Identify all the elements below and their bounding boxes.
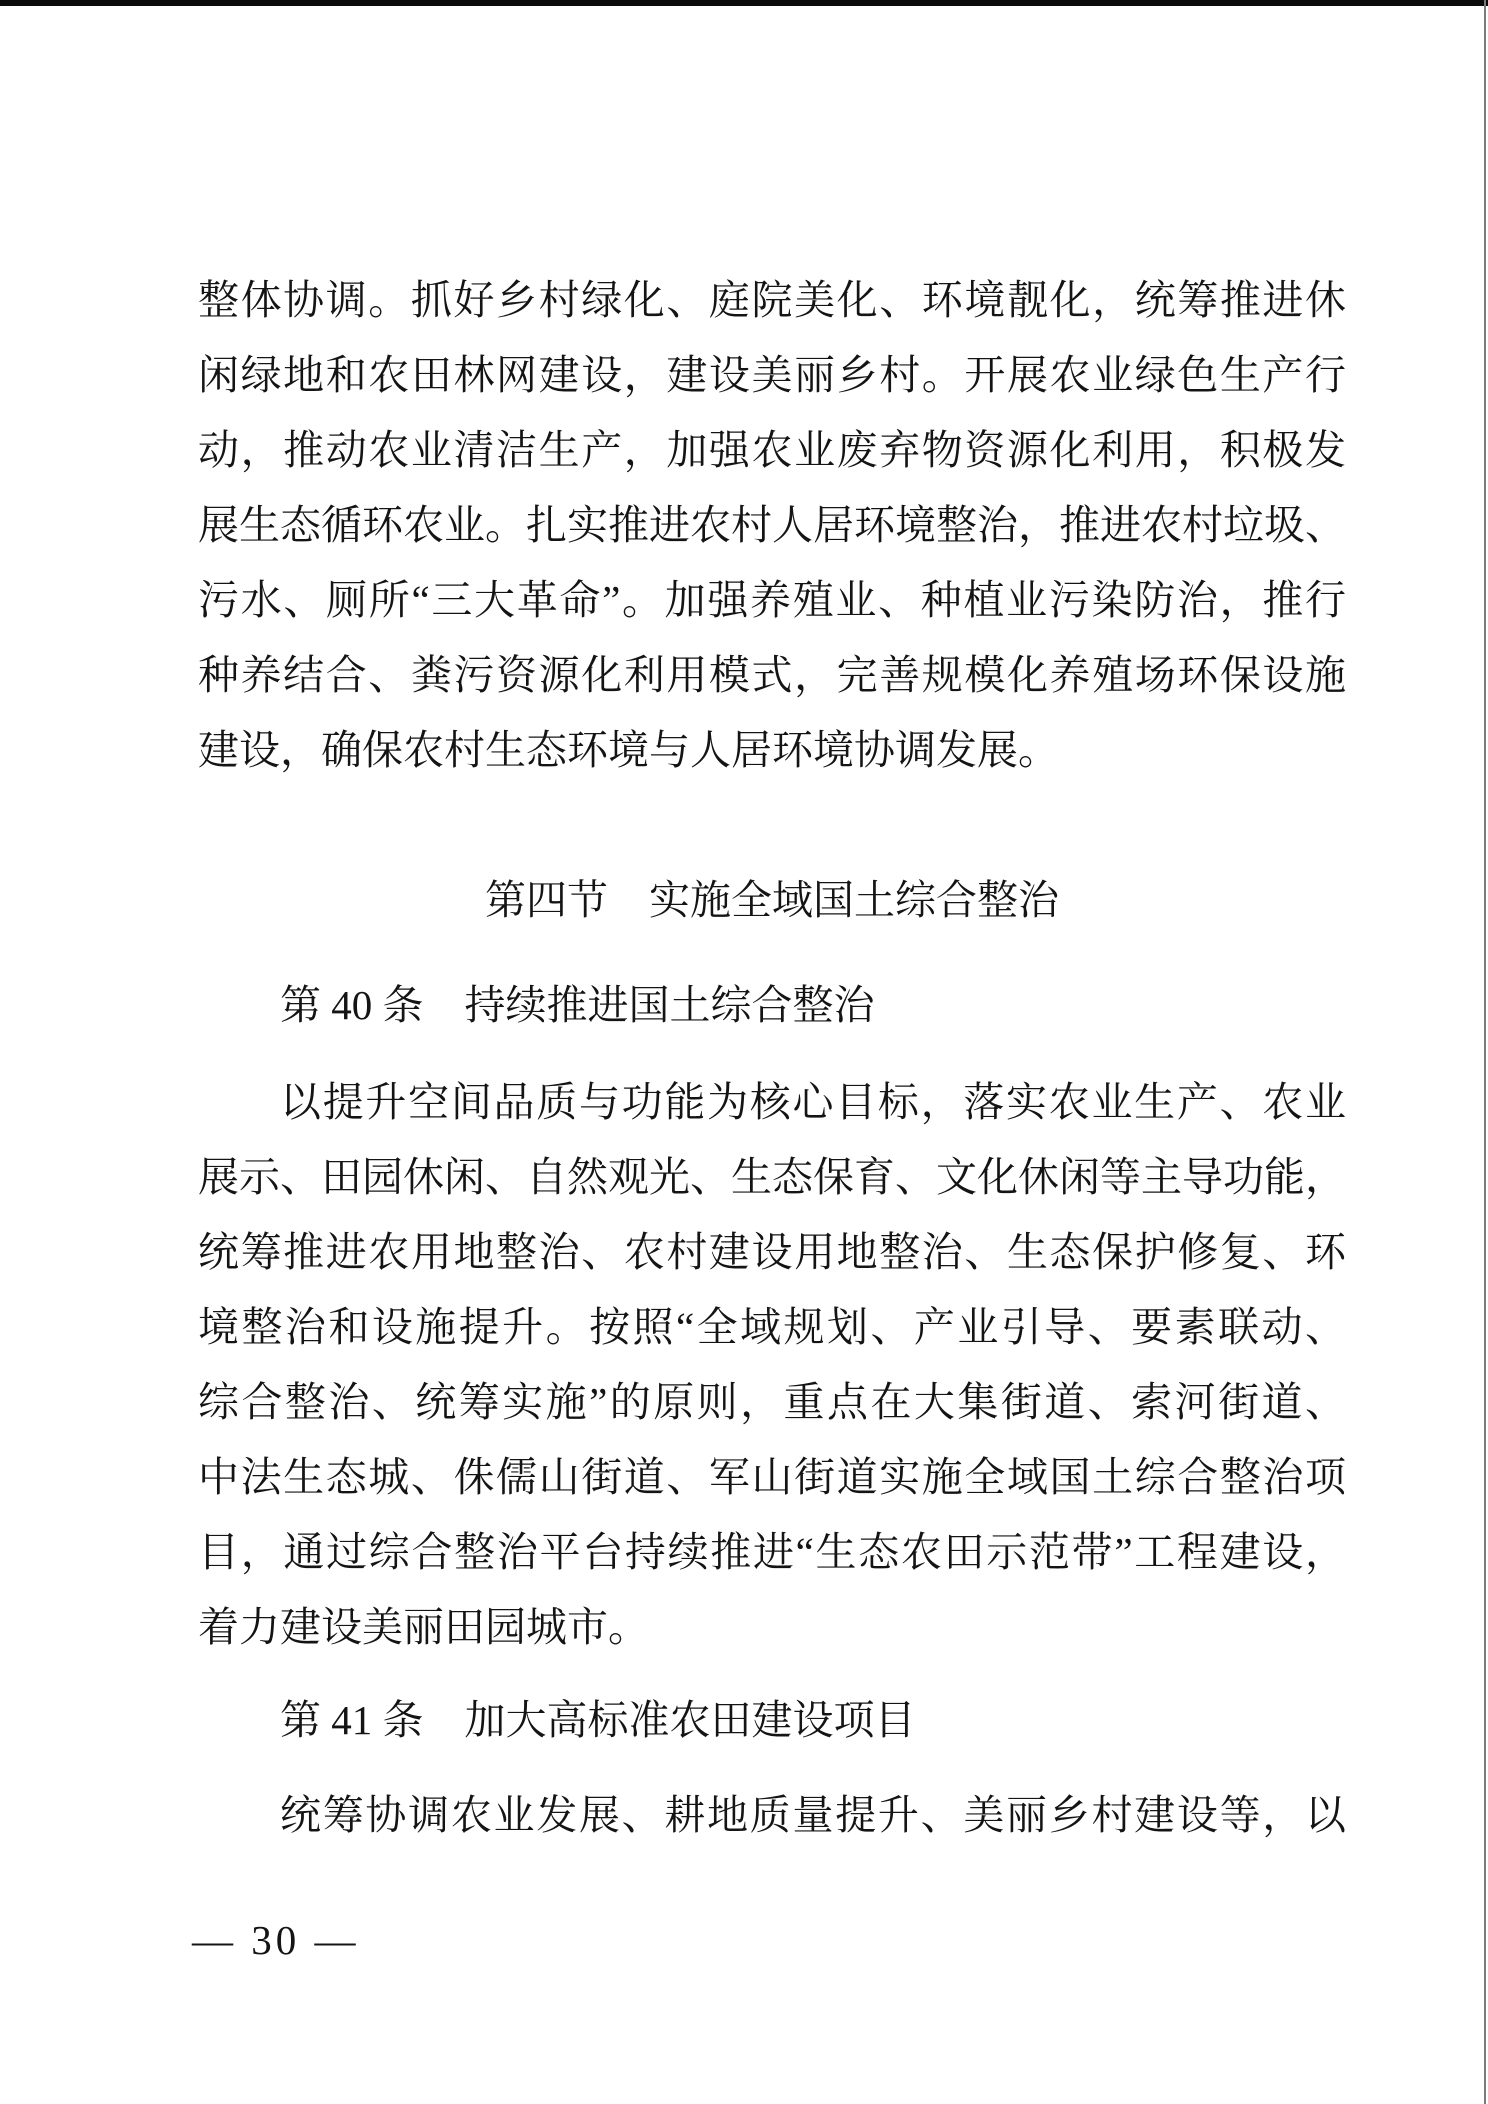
section-4-heading: 第四节 实施全域国土综合整治 [198,863,1346,938]
text-line: 种养结合、粪污资源化利用模式，完善规模化养殖场环保设施 [198,638,1346,713]
text-line: 污水、厕所“三大革命”。加强养殖业、种植业污染防治，推行 [198,563,1346,638]
scan-artifact-right-edge [1484,0,1486,2104]
text-line: 闲绿地和农田林网建设，建设美丽乡村。开展农业绿色生产行 [198,338,1346,413]
text-line: 动，推动农业清洁生产，加强农业废弃物资源化利用，积极发 [198,413,1346,488]
text-line: 统筹推进农用地整治、农村建设用地整治、生态保护修复、环 [198,1215,1346,1290]
paragraph-article-40: 以提升空间品质与功能为核心目标，落实农业生产、农业 展示、田园休闲、自然观光、生… [198,1065,1346,1665]
text-line: 展示、田园休闲、自然观光、生态保育、文化休闲等主导功能， [198,1140,1346,1215]
text-line: 展生态循环农业。扎实推进农村人居环境整治，推进农村垃圾、 [198,488,1346,563]
text-line: 整体协调。抓好乡村绿化、庭院美化、环境靓化，统筹推进休 [198,263,1346,338]
document-page: 整体协调。抓好乡村绿化、庭院美化、环境靓化，统筹推进休 闲绿地和农田林网建设，建… [0,0,1488,2104]
scan-artifact-top-bar [0,0,1488,6]
text-line: 中法生态城、侏儒山街道、军山街道实施全域国土综合整治项 [198,1440,1346,1515]
text-line: 以提升空间品质与功能为核心目标，落实农业生产、农业 [198,1065,1346,1140]
article-41-heading: 第 41 条 加大高标准农田建设项目 [198,1683,1346,1758]
article-40-heading: 第 40 条 持续推进国土综合整治 [198,968,1346,1043]
paragraph-rural-environment: 整体协调。抓好乡村绿化、庭院美化、环境靓化，统筹推进休 闲绿地和农田林网建设，建… [198,263,1346,788]
page-number: — 30 — [192,1903,360,1978]
text-line: 目，通过综合整治平台持续推进“生态农田示范带”工程建设， [198,1515,1346,1590]
text-line: 境整治和设施提升。按照“全域规划、产业引导、要素联动、 [198,1290,1346,1365]
text-line: 建设，确保农村生态环境与人居环境协调发展。 [198,713,1346,788]
text-line: 着力建设美丽田园城市。 [198,1590,1346,1665]
text-line: 综合整治、统筹实施”的原则，重点在大集街道、索河街道、 [198,1365,1346,1440]
text-line: 统筹协调农业发展、耕地质量提升、美丽乡村建设等，以 [198,1778,1346,1853]
paragraph-article-41: 统筹协调农业发展、耕地质量提升、美丽乡村建设等，以 [198,1778,1346,1853]
page-body: 整体协调。抓好乡村绿化、庭院美化、环境靓化，统筹推进休 闲绿地和农田林网建设，建… [198,263,1346,1853]
